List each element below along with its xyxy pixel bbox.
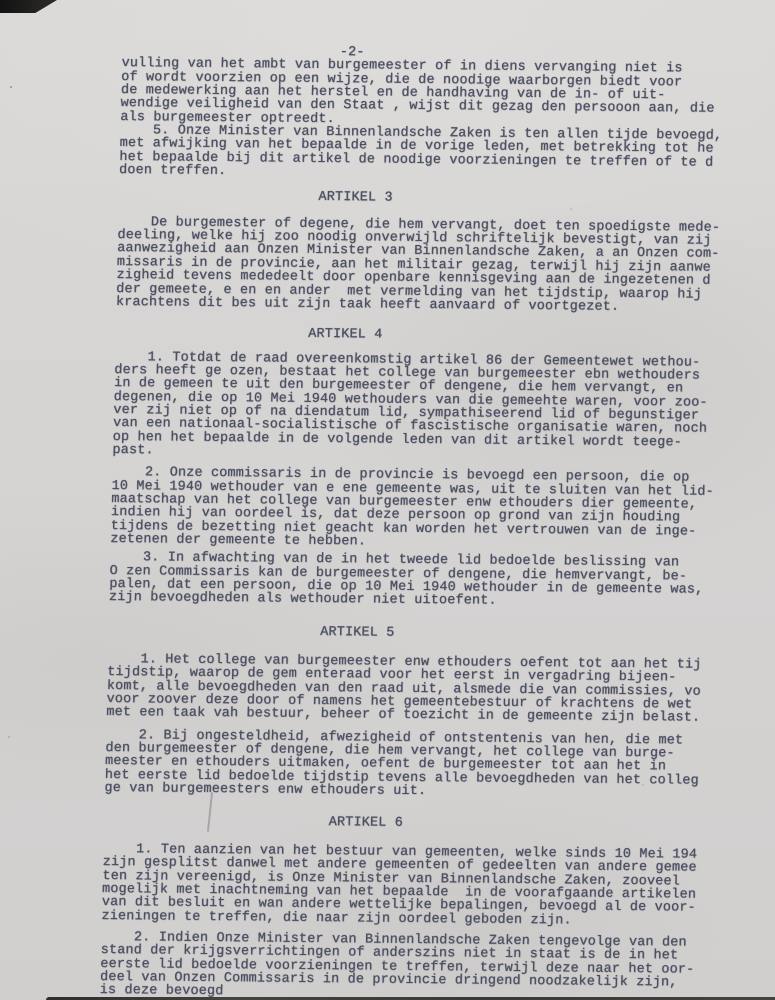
artikel-6-paragraph-1: 1. Ten aanzien van het bestuur van gemee… bbox=[101, 843, 748, 929]
artikel-5-paragraph-2: 2. Bij ongesteldheid, afwezigheid of ont… bbox=[104, 729, 750, 802]
paper-specks bbox=[10, 86, 12, 88]
scan-corner-artifact bbox=[0, 0, 57, 13]
artikel-6-heading: ARTIKEL 6 bbox=[329, 816, 749, 833]
intro-paragraph: vulling van het ambt van burgemeester of… bbox=[119, 57, 767, 183]
artikel-4-paragraph-3: 3. In afwachting van de in het tweede li… bbox=[109, 551, 755, 611]
artikel-5-heading: ARTIKEL 5 bbox=[320, 626, 753, 643]
artikel-3-paragraph-1: De burgemester of degene, die hem vervan… bbox=[116, 216, 763, 316]
typewritten-content: -2- vulling van het ambt van burgemeeste… bbox=[100, 44, 767, 1000]
artikel-4-paragraph-1: 1. Totdat de raad overeenkomstig artikel… bbox=[112, 351, 759, 464]
artikel-5-paragraph-1: 1. Het college van burgemeester enw etho… bbox=[106, 653, 752, 726]
scan-bottom-edge-artifact bbox=[46, 997, 775, 1000]
artikel-3-heading: ARTIKEL 3 bbox=[318, 191, 763, 209]
artikel-4-paragraph-2: 2. Onze commissaris in de provincie is b… bbox=[110, 466, 757, 552]
artikel-6-paragraph-2: 2. Indien Onze Minister van Binnenlandsc… bbox=[100, 931, 746, 1000]
scanned-document-page: -2- vulling van het ambt van burgemeeste… bbox=[0, 0, 775, 1000]
artikel-4-heading: ARTIKEL 4 bbox=[308, 328, 760, 346]
